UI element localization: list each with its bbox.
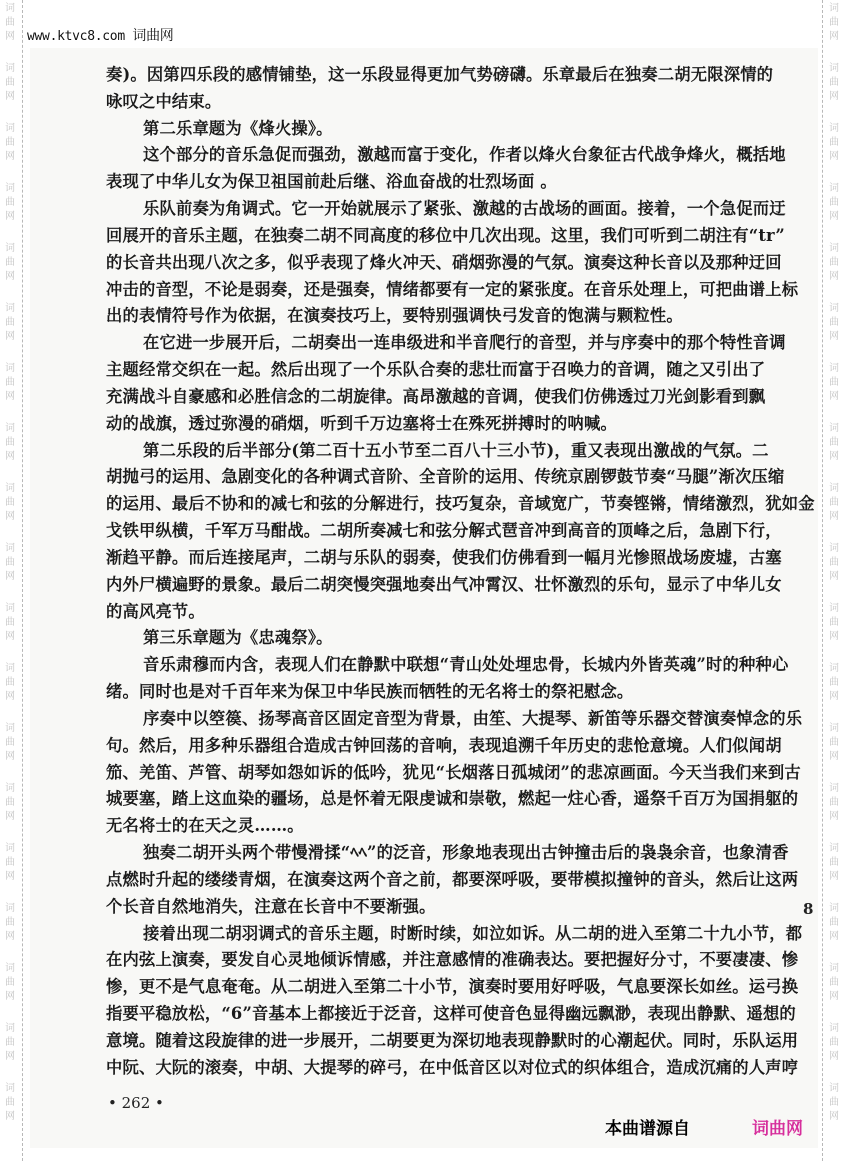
watermark-char: 网 <box>827 870 841 884</box>
text-line: 胡抛弓的运用、急剧变化的各种调式音阶、全音阶的运用、传统京剧锣鼓节奏“马腿”渐次… <box>106 464 728 491</box>
watermark-char: 曲 <box>827 76 841 90</box>
watermark-char: 词 <box>3 362 17 376</box>
right-watermark-column: 词曲网词曲网词曲网词曲网词曲网词曲网词曲网词曲网词曲网词曲网词曲网词曲网词曲网词… <box>827 2 841 1142</box>
text-line: 在它进一步展开后，二胡奏出一连串级进和半音爬行的音型，并与序奏中的那个特性音调 <box>106 330 728 357</box>
left-margin-divider <box>22 0 23 1161</box>
text-line: 音乐肃穆而内含，表现人们在静默中联想“青山处处埋忠骨，长城内外皆英魂”时的种种心 <box>106 652 728 679</box>
watermark-char: 网 <box>3 270 17 284</box>
watermark-char: 网 <box>827 390 841 404</box>
watermark-char: 词 <box>3 542 17 556</box>
text-line: 表现了中华儿女为保卫祖国前赴后继、浴血奋战的壮烈场面 。 <box>106 169 728 196</box>
watermark-group: 词曲网 <box>827 302 841 362</box>
watermark-char: 词 <box>827 242 841 256</box>
watermark-char: 曲 <box>827 736 841 750</box>
watermark-char: 词 <box>3 182 17 196</box>
watermark-char: 词 <box>3 62 17 76</box>
watermark-char: 网 <box>827 990 841 1004</box>
watermark-char: 词 <box>3 602 17 616</box>
text-line: 主题经常交织在一起。然后出现了一个乐队合奏的悲壮而富于召唤力的音调，随之又引出了 <box>106 357 728 384</box>
watermark-char: 曲 <box>827 616 841 630</box>
watermark-char: 词 <box>827 602 841 616</box>
watermark-group: 词曲网 <box>3 902 17 962</box>
text-line: 充满战斗自豪感和必胜信念的二胡旋律。高昂激越的音调，使我们仿佛透过刀光剑影看到飘 <box>106 384 728 411</box>
margin-mark: 8 <box>803 900 813 918</box>
watermark-group: 词曲网 <box>3 542 17 602</box>
watermark-char: 词 <box>827 782 841 796</box>
text-line: 意境。随着这段旋律的进一步展开，二胡要更为深切地表现静默时的心潮起伏。同时，乐队… <box>106 1028 728 1055</box>
watermark-char: 词 <box>827 2 841 16</box>
watermark-char: 曲 <box>827 436 841 450</box>
text-line: 无名将士的在天之灵……。 <box>106 813 728 840</box>
text-line: 回展开的音乐主题，在独奏二胡不同高度的移位中几次出现。这里，我们可听到二胡注有“… <box>106 223 728 250</box>
text-line: 第二乐章题为《烽火操》。 <box>106 116 728 143</box>
source-site-link[interactable]: 词曲网 <box>752 1114 803 1139</box>
text-line: 第三乐章题为《忠魂祭》。 <box>106 625 728 652</box>
watermark-char: 曲 <box>827 376 841 390</box>
left-watermark-column: 词曲网词曲网词曲网词曲网词曲网词曲网词曲网词曲网词曲网词曲网词曲网词曲网词曲网词… <box>3 2 17 1142</box>
watermark-char: 曲 <box>3 616 17 630</box>
watermark-group: 词曲网 <box>3 842 17 902</box>
watermark-char: 词 <box>3 662 17 676</box>
watermark-char: 网 <box>3 510 17 524</box>
watermark-char: 曲 <box>3 16 17 30</box>
watermark-char: 词 <box>3 122 17 136</box>
text-line: 奏)。因第四乐段的感情铺垫，这一乐段显得更加气势磅礴。乐章最后在独奏二胡无限深情… <box>106 62 728 89</box>
watermark-char: 曲 <box>3 736 17 750</box>
watermark-char: 网 <box>827 90 841 104</box>
watermark-group: 词曲网 <box>827 542 841 602</box>
watermark-char: 曲 <box>3 976 17 990</box>
watermark-group: 词曲网 <box>827 662 841 722</box>
watermark-char: 词 <box>827 1022 841 1036</box>
watermark-char: 词 <box>827 422 841 436</box>
watermark-char: 曲 <box>827 256 841 270</box>
text-line: 这个部分的音乐急促而强劲，激越而富于变化，作者以烽火台象征古代战争烽火，概括地 <box>106 142 728 169</box>
watermark-char: 曲 <box>827 196 841 210</box>
watermark-char: 词 <box>827 842 841 856</box>
text-line: 个长音自然地消失，注意在长音中不要渐强。 <box>106 894 728 921</box>
watermark-char: 网 <box>3 210 17 224</box>
watermark-char: 网 <box>3 1050 17 1064</box>
watermark-char: 曲 <box>827 976 841 990</box>
watermark-char: 网 <box>827 1110 841 1124</box>
text-line: 冲击的音型，不论是弱奏，还是强奏，情绪都要有一定的紧张度。在音乐处理上，可把曲谱… <box>106 277 728 304</box>
watermark-char: 曲 <box>827 1096 841 1110</box>
watermark-char: 网 <box>3 330 17 344</box>
site-header: www.ktvc8.com 词曲网 <box>27 25 174 45</box>
watermark-char: 词 <box>827 182 841 196</box>
watermark-char: 曲 <box>3 916 17 930</box>
watermark-group: 词曲网 <box>827 2 841 62</box>
watermark-char: 网 <box>3 630 17 644</box>
text-line: 指要平稳放松，“6”音基本上都接近于泛音，这样可使音色显得幽远飘渺，表现出静默、… <box>106 1001 728 1028</box>
watermark-char: 网 <box>3 570 17 584</box>
text-line: 独奏二胡开头两个带慢滑揉“ﾍﾍ”的泛音，形象地表现出古钟撞击后的袅袅余音，也象清… <box>106 840 728 867</box>
text-line: 咏叹之中结束。 <box>106 89 728 116</box>
text-line: 序奏中以箜篌、扬琴高音区固定音型为背景，由笙、大提琴、新笛等乐器交替演奏悼念的乐 <box>106 706 728 733</box>
watermark-char: 曲 <box>3 436 17 450</box>
watermark-group: 词曲网 <box>3 482 17 542</box>
watermark-char: 曲 <box>827 1036 841 1050</box>
watermark-char: 词 <box>827 902 841 916</box>
watermark-char: 曲 <box>827 496 841 510</box>
watermark-char: 词 <box>827 302 841 316</box>
watermark-char: 词 <box>3 842 17 856</box>
watermark-group: 词曲网 <box>3 1022 17 1082</box>
text-line: 渐趋平静。而后连接尾声，二胡与乐队的弱奏，使我们仿佛看到一幅月光惨照战场废墟，古… <box>106 545 728 572</box>
watermark-char: 词 <box>3 902 17 916</box>
watermark-char: 网 <box>827 570 841 584</box>
watermark-char: 网 <box>827 810 841 824</box>
watermark-char: 网 <box>827 150 841 164</box>
watermark-char: 网 <box>3 90 17 104</box>
text-line: 笳、羌笛、芦管、胡琴如怨如诉的低吟，犹见“长烟落日孤城闭”的悲凉画面。今天当我们… <box>106 760 728 787</box>
watermark-char: 网 <box>3 390 17 404</box>
text-line: 句。然后，用多种乐器组合造成古钟回荡的音响，表现追溯千年历史的悲怆意境。人们似闻… <box>106 733 728 760</box>
watermark-char: 曲 <box>827 676 841 690</box>
watermark-char: 网 <box>3 450 17 464</box>
watermark-group: 词曲网 <box>3 302 17 362</box>
watermark-char: 曲 <box>827 16 841 30</box>
right-margin-divider <box>822 0 823 1161</box>
watermark-char: 曲 <box>3 556 17 570</box>
watermark-char: 词 <box>3 1022 17 1036</box>
watermark-char: 曲 <box>827 556 841 570</box>
watermark-group: 词曲网 <box>3 962 17 1022</box>
text-line: 中阮、大阮的滚奏，中胡、大提琴的碎弓，在中低音区以对位式的织体组合，造成沉痛的人… <box>106 1055 728 1082</box>
watermark-char: 曲 <box>3 256 17 270</box>
watermark-group: 词曲网 <box>3 2 17 62</box>
watermark-char: 曲 <box>3 376 17 390</box>
watermark-char: 网 <box>3 990 17 1004</box>
watermark-group: 词曲网 <box>3 1082 17 1142</box>
watermark-char: 词 <box>3 722 17 736</box>
watermark-char: 网 <box>827 690 841 704</box>
watermark-char: 词 <box>3 962 17 976</box>
watermark-char: 网 <box>827 270 841 284</box>
watermark-char: 词 <box>827 122 841 136</box>
watermark-group: 词曲网 <box>827 422 841 482</box>
watermark-char: 曲 <box>3 136 17 150</box>
watermark-char: 曲 <box>3 1036 17 1050</box>
watermark-char: 曲 <box>827 796 841 810</box>
text-line: 乐队前奏为角调式。它一开始就展示了紧张、激越的古战场的画面。接着，一个急促而迂 <box>106 196 728 223</box>
watermark-char: 曲 <box>827 316 841 330</box>
watermark-char: 词 <box>3 302 17 316</box>
watermark-group: 词曲网 <box>827 782 841 842</box>
text-line: 戈铁甲纵横，千军万马酣战。二胡所奏减七和弦分解式琶音冲到高音的顶峰之后，急剧下行… <box>106 518 728 545</box>
watermark-char: 词 <box>3 782 17 796</box>
watermark-group: 词曲网 <box>827 902 841 962</box>
watermark-char: 曲 <box>3 316 17 330</box>
watermark-group: 词曲网 <box>827 842 841 902</box>
text-line: 在内弦上演奏，要发自心灵地倾诉情感，并注意感情的准确表达。要把握好分寸，不要凄凄… <box>106 947 728 974</box>
watermark-char: 词 <box>827 62 841 76</box>
watermark-char: 曲 <box>3 1096 17 1110</box>
watermark-group: 词曲网 <box>3 122 17 182</box>
text-line: 绪。同时也是对千百年来为保卫中华民族而牺牲的无名将士的祭祀慰念。 <box>106 679 728 706</box>
watermark-char: 网 <box>827 30 841 44</box>
watermark-char: 网 <box>3 30 17 44</box>
text-line: 接着出现二胡羽调式的音乐主题，时断时续，如泣如诉。从二胡的进入至第二十九小节，都 <box>106 921 728 948</box>
text-line: 内外尸横遍野的景象。最后二胡突慢突强地奏出气冲霄汉、壮怀激烈的乐句，显示了中华儿… <box>106 572 728 599</box>
text-line: 第二乐段的后半部分(第二百十五小节至二百八十三小节)，重又表现出激战的气氛。二 <box>106 438 728 465</box>
watermark-char: 词 <box>827 542 841 556</box>
text-line: 出的表情符号作为依据，在演奏技巧上，要特别强调快弓发音的饱满与颗粒性。 <box>106 303 728 330</box>
watermark-char: 网 <box>3 870 17 884</box>
watermark-char: 词 <box>3 242 17 256</box>
document-body: 奏)。因第四乐段的感情铺垫，这一乐段显得更加气势磅礴。乐章最后在独奏二胡无限深情… <box>106 62 728 1081</box>
watermark-char: 网 <box>827 1050 841 1064</box>
text-line: 惨，更不是气息奄奄。从二胡进入至第二十小节，演奏时要用好呼吸，气息要深长如丝。运… <box>106 974 728 1001</box>
watermark-char: 曲 <box>827 856 841 870</box>
watermark-char: 词 <box>827 362 841 376</box>
watermark-char: 词 <box>827 482 841 496</box>
watermark-char: 曲 <box>3 796 17 810</box>
watermark-group: 词曲网 <box>827 62 841 122</box>
watermark-char: 网 <box>827 750 841 764</box>
watermark-group: 词曲网 <box>827 1022 841 1082</box>
watermark-char: 网 <box>827 930 841 944</box>
watermark-char: 网 <box>827 630 841 644</box>
watermark-group: 词曲网 <box>827 722 841 782</box>
watermark-group: 词曲网 <box>827 182 841 242</box>
text-line: 动的战旗，透过弥漫的硝烟，听到千万边塞将士在殊死拼搏时的呐喊。 <box>106 411 728 438</box>
text-line: 点燃时升起的缕缕青烟，在演奏这两个音之前，都要深呼吸，要带模拟撞钟的音头，然后让… <box>106 867 728 894</box>
watermark-group: 词曲网 <box>827 482 841 542</box>
watermark-char: 网 <box>3 150 17 164</box>
page-number: • 262 • <box>108 1094 164 1112</box>
watermark-char: 曲 <box>3 496 17 510</box>
watermark-group: 词曲网 <box>3 662 17 722</box>
text-line: 的长音共出现八次之多，似乎表现了烽火冲天、硝烟弥漫的气氛。演奏这种长音以及那种迂… <box>106 250 728 277</box>
watermark-group: 词曲网 <box>3 722 17 782</box>
watermark-char: 词 <box>3 422 17 436</box>
watermark-char: 网 <box>3 810 17 824</box>
watermark-char: 词 <box>3 2 17 16</box>
watermark-char: 曲 <box>3 76 17 90</box>
text-line: 的运用、最后不协和的减七和弦的分解进行，技巧复杂，音域宽广，节奏铿锵，情绪激烈，… <box>106 491 728 518</box>
watermark-char: 曲 <box>3 676 17 690</box>
source-label: 本曲谱源自 <box>605 1114 690 1139</box>
watermark-group: 词曲网 <box>3 422 17 482</box>
watermark-group: 词曲网 <box>3 242 17 302</box>
watermark-group: 词曲网 <box>827 242 841 302</box>
text-line: 的高风亮节。 <box>106 599 728 626</box>
watermark-char: 词 <box>827 662 841 676</box>
watermark-char: 曲 <box>827 136 841 150</box>
watermark-char: 网 <box>827 330 841 344</box>
watermark-char: 网 <box>827 450 841 464</box>
watermark-group: 词曲网 <box>827 1082 841 1142</box>
watermark-group: 词曲网 <box>3 182 17 242</box>
watermark-group: 词曲网 <box>3 602 17 662</box>
watermark-char: 网 <box>3 750 17 764</box>
site-name: 词曲网 <box>132 28 173 44</box>
watermark-char: 网 <box>3 1110 17 1124</box>
watermark-char: 网 <box>3 930 17 944</box>
watermark-char: 词 <box>827 962 841 976</box>
watermark-char: 词 <box>3 1082 17 1096</box>
watermark-char: 词 <box>3 482 17 496</box>
text-line: 城要塞，踏上这血染的疆场，总是怀着无限虔诚和崇敬，燃起一炷心香，遥祭千百万为国捐… <box>106 786 728 813</box>
watermark-group: 词曲网 <box>827 602 841 662</box>
watermark-group: 词曲网 <box>827 962 841 1022</box>
watermark-char: 曲 <box>3 196 17 210</box>
watermark-char: 曲 <box>827 916 841 930</box>
watermark-char: 词 <box>827 1082 841 1096</box>
watermark-group: 词曲网 <box>827 122 841 182</box>
watermark-char: 网 <box>827 210 841 224</box>
watermark-char: 曲 <box>3 856 17 870</box>
watermark-group: 词曲网 <box>3 62 17 122</box>
watermark-char: 网 <box>3 690 17 704</box>
site-url[interactable]: www.ktvc8.com <box>27 29 125 44</box>
watermark-group: 词曲网 <box>3 782 17 842</box>
watermark-char: 词 <box>827 722 841 736</box>
watermark-char: 网 <box>827 510 841 524</box>
watermark-group: 词曲网 <box>827 362 841 422</box>
watermark-group: 词曲网 <box>3 362 17 422</box>
